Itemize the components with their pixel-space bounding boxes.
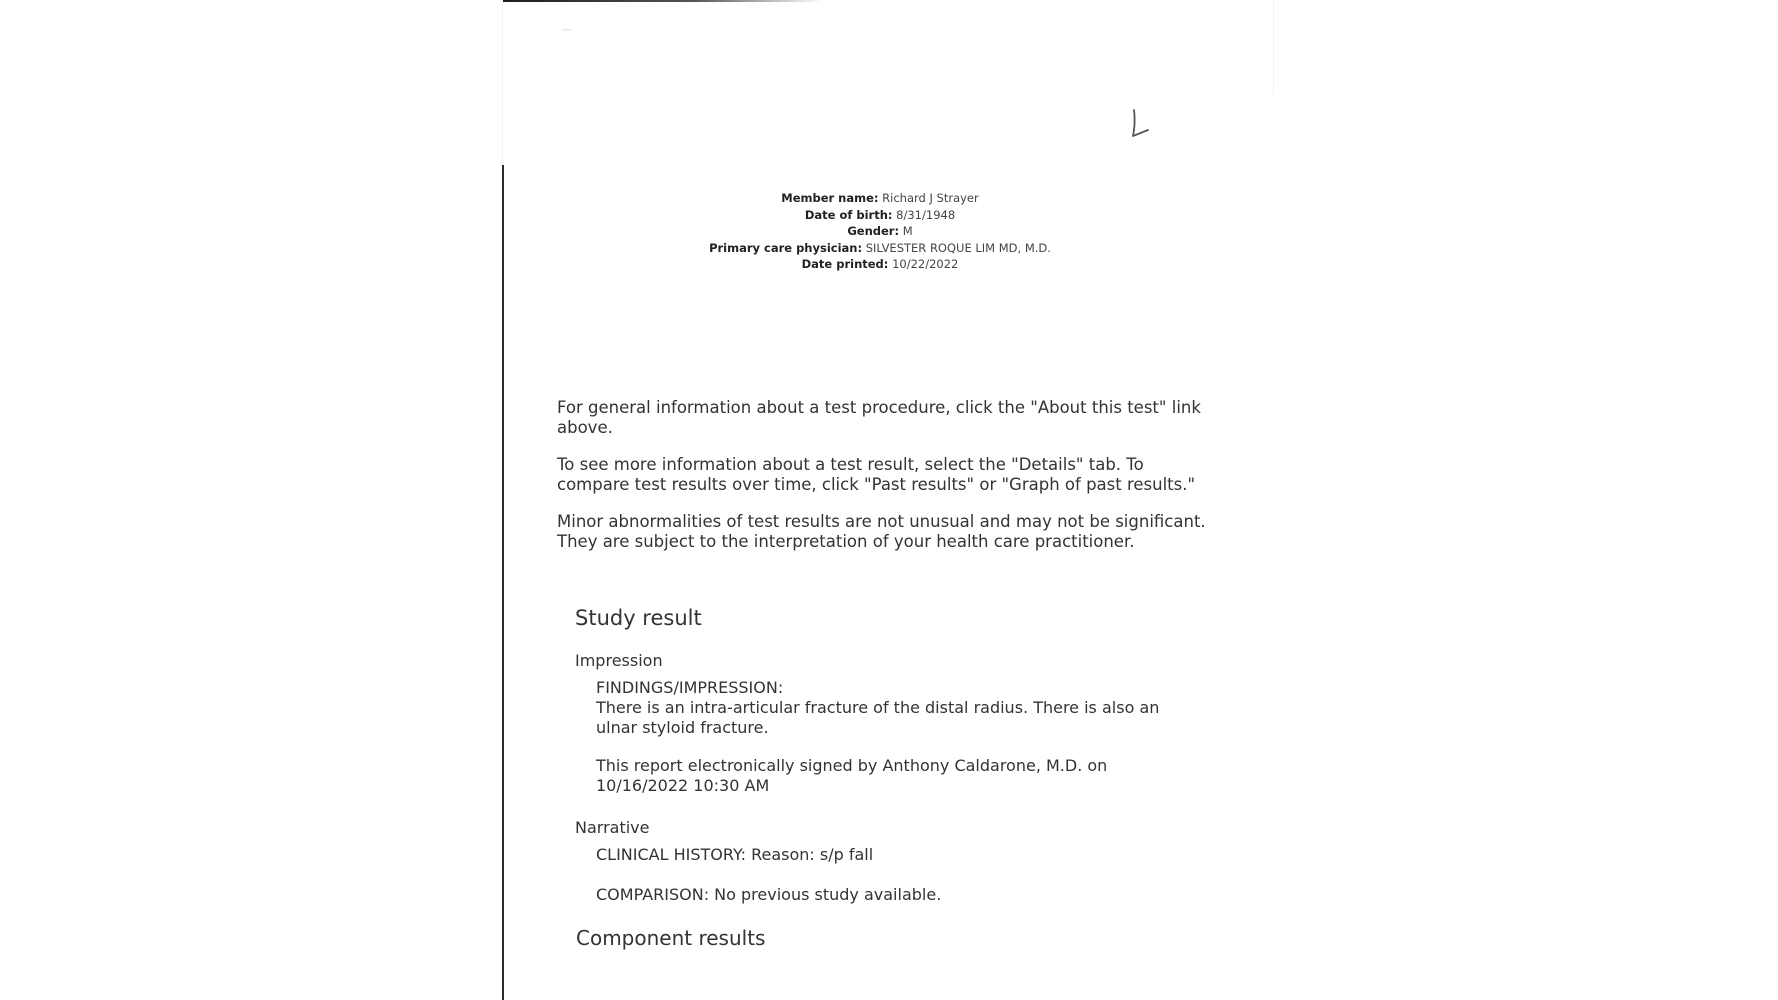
- electronic-signature-text: This report electronically signed by Ant…: [596, 756, 1107, 796]
- clinical-history-text: CLINICAL HISTORY: Reason: s/p fall: [596, 845, 873, 865]
- date-printed-value: 10/22/2022: [892, 257, 958, 271]
- findings-line: FINDINGS/IMPRESSION:: [596, 678, 1159, 698]
- impression-heading: Impression: [575, 651, 663, 670]
- pcp-value: SILVESTER ROQUE LIM MD, M.D.: [866, 241, 1051, 255]
- pcp-row: Primary care physician: SILVESTER ROQUE …: [560, 240, 1200, 257]
- dob-value: 8/31/1948: [896, 208, 955, 222]
- page-right-edge-faint: [1273, 0, 1274, 95]
- info-paragraph-abnormalities: Minor abnormalities of test results are …: [557, 512, 1217, 552]
- info-paragraph-about-test: For general information about a test pro…: [557, 398, 1217, 438]
- component-results-heading: Component results: [576, 926, 765, 950]
- signature-line: This report electronically signed by Ant…: [596, 756, 1107, 776]
- page-left-edge: [502, 165, 504, 1000]
- page-left-edge-faint: [502, 0, 503, 165]
- paragraph-line: To see more information about a test res…: [557, 455, 1217, 475]
- gender-row: Gender: M: [560, 223, 1200, 240]
- dob-row: Date of birth: 8/31/1948: [560, 207, 1200, 224]
- paragraph-line: Minor abnormalities of test results are …: [557, 512, 1217, 532]
- member-info-header: Member name: Richard J Strayer Date of b…: [560, 190, 1200, 273]
- study-result-heading: Study result: [575, 606, 702, 630]
- page-top-edge: [502, 0, 822, 2]
- scan-smudge: ~: [560, 20, 610, 42]
- member-name-label: Member name:: [781, 191, 878, 205]
- findings-line: ulnar styloid fracture.: [596, 718, 1159, 738]
- findings-impression-text: FINDINGS/IMPRESSION: There is an intra-a…: [596, 678, 1159, 738]
- narrative-heading: Narrative: [575, 818, 649, 837]
- pcp-label: Primary care physician:: [709, 241, 862, 255]
- paragraph-line: compare test results over time, click "P…: [557, 475, 1217, 495]
- handwritten-l-mark: [1130, 108, 1152, 140]
- date-printed-label: Date printed:: [802, 257, 889, 271]
- findings-line: There is an intra-articular fracture of …: [596, 698, 1159, 718]
- scanned-document-page: ~ Member name: Richard J Strayer Date of…: [0, 0, 1778, 1000]
- paragraph-line: For general information about a test pro…: [557, 398, 1217, 418]
- dob-label: Date of birth:: [805, 208, 893, 222]
- info-paragraph-details: To see more information about a test res…: [557, 455, 1217, 495]
- paragraph-line: above.: [557, 418, 1217, 438]
- member-name-value: Richard J Strayer: [882, 191, 979, 205]
- paragraph-line: They are subject to the interpretation o…: [557, 532, 1217, 552]
- date-printed-row: Date printed: 10/22/2022: [560, 256, 1200, 273]
- gender-label: Gender:: [847, 224, 899, 238]
- comparison-text: COMPARISON: No previous study available.: [596, 885, 941, 905]
- member-name-row: Member name: Richard J Strayer: [560, 190, 1200, 207]
- gender-value: M: [903, 224, 913, 238]
- signature-line: 10/16/2022 10:30 AM: [596, 776, 1107, 796]
